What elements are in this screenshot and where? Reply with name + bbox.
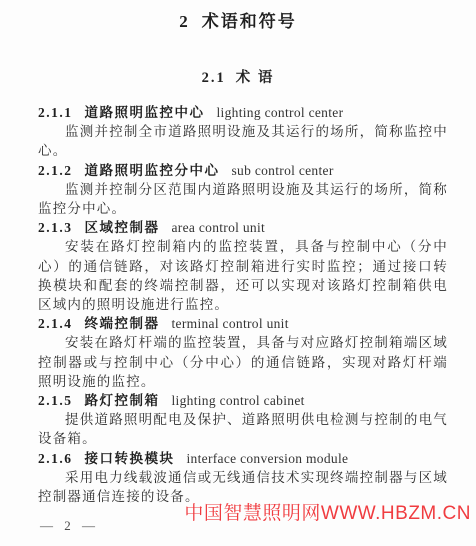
term-number: 2.1.4	[38, 316, 73, 331]
document-page: 2术语和符号 2.1术 语 2.1.1道路照明监控中心lighting cont…	[0, 0, 476, 546]
term-heading: 2.1.1道路照明监控中心lighting control center	[38, 103, 448, 122]
term-name-en: interface conversion module	[187, 451, 349, 466]
term-number: 2.1.2	[38, 163, 73, 178]
term-heading: 2.1.3区域控制器area control unit	[38, 218, 448, 237]
term-name-zh: 路灯控制箱	[85, 393, 160, 408]
watermark-text: 中国智慧照明网WWW.HBZM.CN	[184, 498, 471, 525]
term-heading: 2.1.4终端控制器terminal control unit	[38, 314, 448, 333]
chapter-title: 2术语和符号	[0, 0, 476, 32]
term-entry: 2.1.1道路照明监控中心lighting control center 监测并…	[38, 103, 448, 161]
term-definition: 安装在路灯控制箱内的监控装置，具备与控制中心（分中心）的通信链路，对该路灯控制箱…	[38, 237, 448, 314]
term-name-zh: 区域控制器	[85, 220, 160, 235]
term-heading: 2.1.2道路照明监控分中心sub control center	[38, 161, 448, 180]
term-entry: 2.1.4终端控制器terminal control unit 安装在路灯杆端的…	[38, 314, 448, 391]
term-number: 2.1.3	[38, 220, 73, 235]
term-definition: 提供道路照明配电及保护、道路照明供电检测与控制的电气设备箱。	[38, 410, 448, 448]
term-heading: 2.1.6接口转换模块interface conversion module	[38, 449, 448, 468]
term-number: 2.1.6	[38, 451, 73, 466]
section-number: 2.1	[202, 70, 226, 86]
term-name-zh: 接口转换模块	[85, 451, 175, 466]
term-definition: 监测并控制全市道路照明设施及其运行的场所，简称监控中心。	[38, 122, 448, 160]
term-name-zh: 道路照明监控分中心	[85, 163, 220, 178]
term-definition: 监测并控制分区范围内道路照明设施及其运行的场所，简称监控分中心。	[38, 180, 448, 218]
term-name-en: sub control center	[232, 163, 334, 178]
term-definition: 安装在路灯杆端的监控装置，具备与对应路灯控制箱端区域控制器或与控制中心（分中心）…	[38, 333, 448, 391]
term-name-en: terminal control unit	[172, 316, 289, 331]
chapter-title-text: 术语和符号	[202, 12, 297, 31]
term-entry: 2.1.2道路照明监控分中心sub control center 监测并控制分区…	[38, 161, 448, 219]
term-number: 2.1.5	[38, 393, 73, 408]
section-title-text: 术 语	[236, 70, 275, 86]
term-name-zh: 终端控制器	[85, 316, 160, 331]
term-name-en: lighting control cabinet	[172, 393, 305, 408]
term-entry: 2.1.3区域控制器area control unit 安装在路灯控制箱内的监控…	[38, 218, 448, 314]
term-name-en: area control unit	[172, 220, 266, 235]
term-name-zh: 道路照明监控中心	[85, 105, 205, 120]
chapter-number: 2	[179, 12, 190, 31]
term-name-en: lighting control center	[217, 105, 344, 120]
term-entry: 2.1.5路灯控制箱lighting control cabinet 提供道路照…	[38, 391, 448, 449]
term-number: 2.1.1	[38, 105, 73, 120]
section-title: 2.1术 语	[0, 66, 476, 87]
term-heading: 2.1.5路灯控制箱lighting control cabinet	[38, 391, 448, 410]
terms-list: 2.1.1道路照明监控中心lighting control center 监测并…	[0, 103, 476, 506]
page-number: — 2 —	[40, 518, 99, 534]
